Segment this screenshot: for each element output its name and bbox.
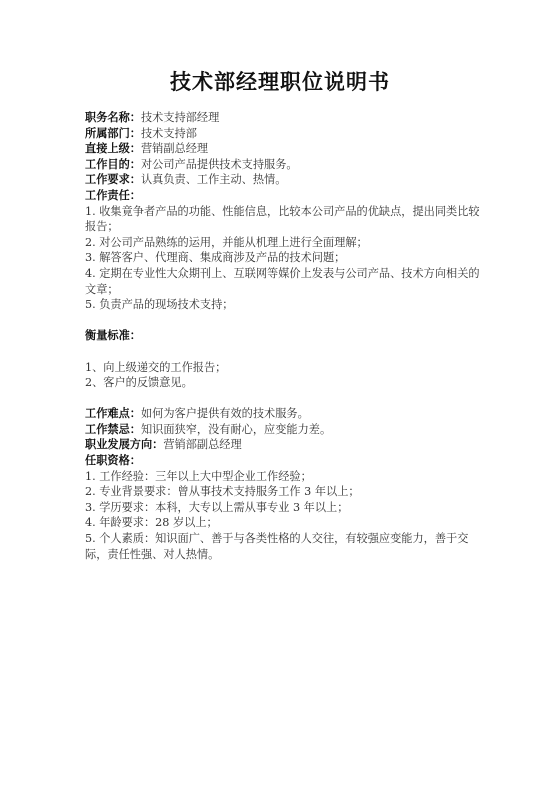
field-value: 营销副总经理: [141, 142, 208, 155]
standards-heading: 衡量标准：: [85, 328, 485, 344]
document-body: 职务名称：技术支持部经理 所属部门：技术支持部 直接上级：营销副总经理 工作目的…: [85, 110, 485, 562]
field-career-path: 职业发展方向：营销部副总经理: [85, 437, 485, 453]
document-title: 技术部经理职位说明书: [0, 66, 560, 96]
field-taboo: 工作禁忌：知识面狭窄，没有耐心，应变能力差。: [85, 422, 485, 438]
field-value: 对公司产品提供技术支持服务。: [141, 158, 298, 171]
field-label: 所属部门：: [85, 127, 141, 140]
field-label: 工作目的：: [85, 158, 141, 171]
qualification-item: 4. 年龄要求：28 岁以上；: [85, 515, 485, 531]
responsibilities-heading: 工作责任：: [85, 188, 485, 204]
standard-item: 1、向上级递交的工作报告；: [85, 360, 485, 376]
field-label: 职业发展方向：: [85, 438, 163, 451]
field-value: 技术支持部经理: [141, 111, 219, 124]
standard-item: 2、客户的反馈意见。: [85, 375, 485, 391]
field-value: 如何为客户提供有效的技术服务。: [141, 407, 309, 420]
field-value: 知识面狭窄，没有耐心，应变能力差。: [141, 423, 331, 436]
field-purpose: 工作目的：对公司产品提供技术支持服务。: [85, 157, 485, 173]
field-label: 工作要求：: [85, 173, 141, 186]
qualification-item: 1. 工作经验：三年以上大中型企业工作经验；: [85, 469, 485, 485]
responsibility-item: 1. 收集竟争者产品的功能、性能信息，比较本公司产品的优缺点，提出同类比较报告；: [85, 204, 485, 235]
field-value: 认真负责、工作主动、热情。: [141, 173, 286, 186]
field-label: 工作禁忌：: [85, 423, 141, 436]
field-value: 技术支持部: [141, 127, 197, 140]
field-value: 营销部副总经理: [163, 438, 241, 451]
field-label: 职务名称：: [85, 111, 141, 124]
spacer: [85, 313, 485, 329]
qualification-item: 5. 个人素质：知识面广、善于与各类性格的人交往，有较强应变能力，善于交际，责任…: [85, 531, 485, 562]
field-supervisor: 直接上级：营销副总经理: [85, 141, 485, 157]
field-requirements: 工作要求：认真负责、工作主动、热情。: [85, 172, 485, 188]
responsibility-item: 4. 定期在专业性大众期刊上、互联网等媒价上发表与公司产品、技术方向相关的文章；: [85, 266, 485, 297]
spacer: [85, 344, 485, 360]
qualification-item: 3. 学历要求：本科，大专以上需从事专业 3 年以上；: [85, 500, 485, 516]
field-department: 所属部门：技术支持部: [85, 126, 485, 142]
qualifications-heading: 任职资格：: [85, 453, 485, 469]
responsibility-item: 3. 解答客户、代理商、集成商涉及产品的技术问题；: [85, 250, 485, 266]
field-label: 直接上级：: [85, 142, 141, 155]
spacer: [85, 391, 485, 407]
qualification-item: 2. 专业背景要求：曾从事技术支持服务工作 3 年以上；: [85, 484, 485, 500]
responsibility-item: 2. 对公司产品熟练的运用，并能从机理上进行全面理解；: [85, 235, 485, 251]
document-page: 技术部经理职位说明书 职务名称：技术支持部经理 所属部门：技术支持部 直接上级：…: [0, 0, 560, 792]
field-difficulty: 工作难点：如何为客户提供有效的技术服务。: [85, 406, 485, 422]
responsibility-item: 5. 负责产品的现场技术支持；: [85, 297, 485, 313]
field-job-title: 职务名称：技术支持部经理: [85, 110, 485, 126]
field-label: 工作难点：: [85, 407, 141, 420]
